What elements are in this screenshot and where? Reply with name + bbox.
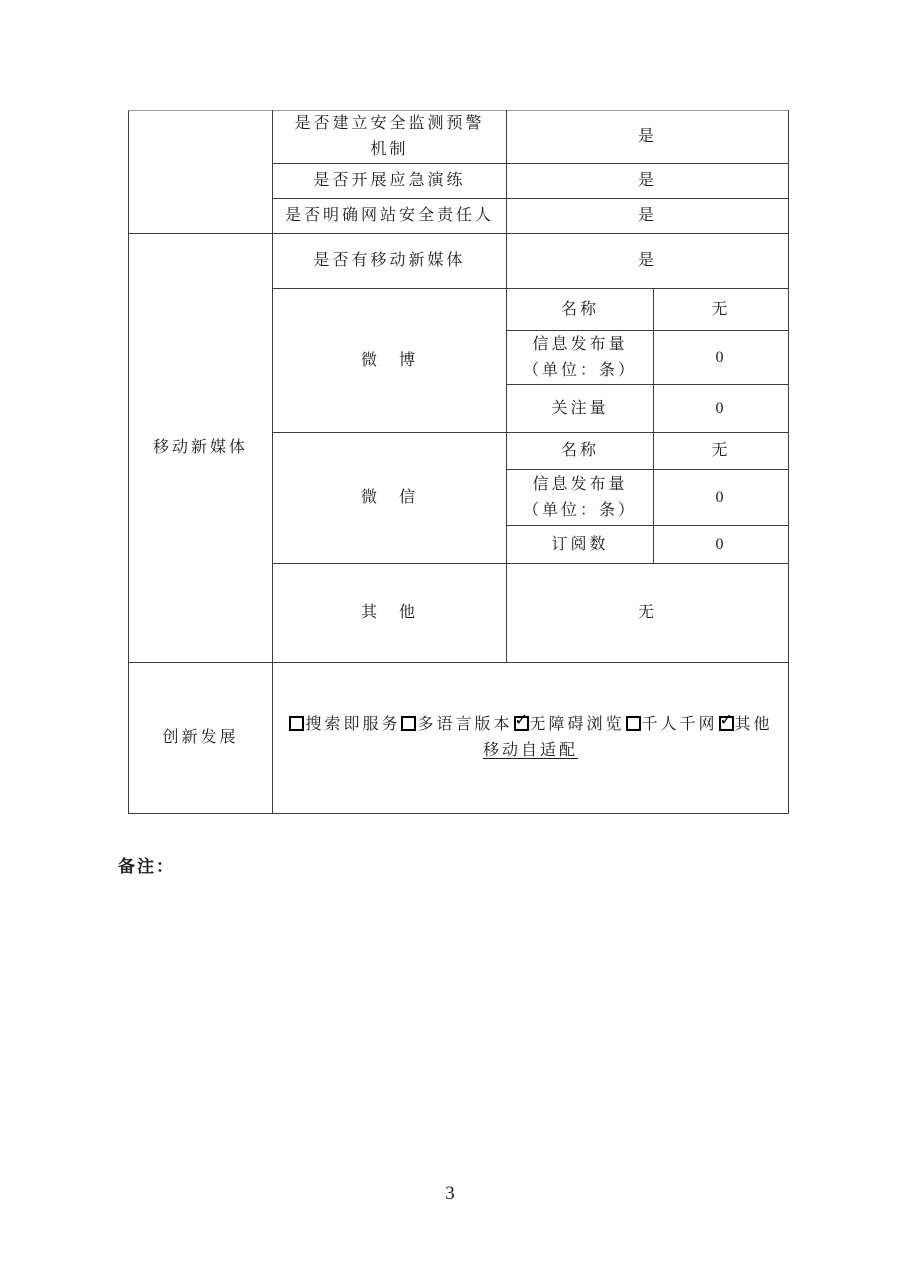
mobile-media-section-label: 移动新媒体 <box>129 234 273 663</box>
option-multilingual-label: 多语言版本 <box>417 716 512 733</box>
security-monitor-label-line1: 是否建立安全监测预警 <box>273 111 506 137</box>
option-search-as-service-label: 搜索即服务 <box>305 716 400 733</box>
security-monitor-label: 是否建立安全监测预警 机制 <box>273 111 507 164</box>
checkbox-qianren-qianwang-icon <box>626 716 641 731</box>
weibo-posts-label: 信息发布量 （单位：条） <box>507 331 654 385</box>
has-mobile-media-value: 是 <box>507 234 789 289</box>
weibo-name-value: 无 <box>654 289 789 331</box>
annual-report-table: 是否建立安全监测预警 机制 是 是否开展应急演练 是 是否明确网站安全责任人 是… <box>128 110 789 814</box>
other-media-label: 其 他 <box>273 564 507 663</box>
weibo-followers-value: 0 <box>654 385 789 433</box>
weibo-posts-label-line1: 信息发布量 <box>507 332 653 358</box>
notes-label: 备注： <box>118 852 175 877</box>
wechat-posts-label: 信息发布量 （单位：条） <box>507 470 654 526</box>
weibo-name-label: 名称 <box>507 289 654 331</box>
page-number: 3 <box>0 1183 900 1205</box>
option-other-label: 其他 <box>735 716 773 733</box>
wechat-posts-label-line2: （单位：条） <box>507 498 653 524</box>
table-row: 创新发展 搜索即服务多语言版本无障碍浏览千人千网其他 移动自适配 <box>129 663 789 814</box>
weibo-posts-value: 0 <box>654 331 789 385</box>
wechat-name-value: 无 <box>654 433 789 470</box>
has-mobile-media-label: 是否有移动新媒体 <box>273 234 507 289</box>
other-media-value: 无 <box>507 564 789 663</box>
security-monitor-label-line2: 机制 <box>273 137 506 163</box>
wechat-subscribers-label: 订阅数 <box>507 526 654 564</box>
emergency-drill-label: 是否开展应急演练 <box>273 164 507 199</box>
document-page: 是否建立安全监测预警 机制 是 是否开展应急演练 是 是否明确网站安全责任人 是… <box>0 0 900 1272</box>
checkbox-search-as-service-icon <box>289 716 304 731</box>
table-row: 移动新媒体 是否有移动新媒体 是 <box>129 234 789 289</box>
wechat-subscribers-value: 0 <box>654 526 789 564</box>
table-row: 是否建立安全监测预警 机制 是 <box>129 111 789 164</box>
innovation-options-cell: 搜索即服务多语言版本无障碍浏览千人千网其他 移动自适配 <box>273 663 789 814</box>
checkbox-multilingual-icon <box>401 716 416 731</box>
innovation-section-label: 创新发展 <box>129 663 273 814</box>
security-section-label-cell <box>129 111 273 234</box>
innovation-other-detail: 移动自适配 <box>273 738 788 764</box>
weibo-followers-label: 关注量 <box>507 385 654 433</box>
emergency-drill-value: 是 <box>507 164 789 199</box>
security-officer-value: 是 <box>507 199 789 234</box>
wechat-posts-label-line1: 信息发布量 <box>507 472 653 498</box>
option-accessibility-label: 无障碍浏览 <box>530 716 625 733</box>
security-officer-label: 是否明确网站安全责任人 <box>273 199 507 234</box>
innovation-options-line: 搜索即服务多语言版本无障碍浏览千人千网其他 <box>273 712 788 738</box>
security-monitor-value: 是 <box>507 111 789 164</box>
wechat-label: 微 信 <box>273 433 507 564</box>
option-qianren-qianwang-label: 千人千网 <box>642 716 718 733</box>
weibo-posts-label-line2: （单位：条） <box>507 358 653 384</box>
wechat-name-label: 名称 <box>507 433 654 470</box>
weibo-label: 微 博 <box>273 289 507 433</box>
checkbox-other-icon <box>719 716 734 731</box>
checkbox-accessibility-icon <box>514 716 529 731</box>
wechat-posts-value: 0 <box>654 470 789 526</box>
